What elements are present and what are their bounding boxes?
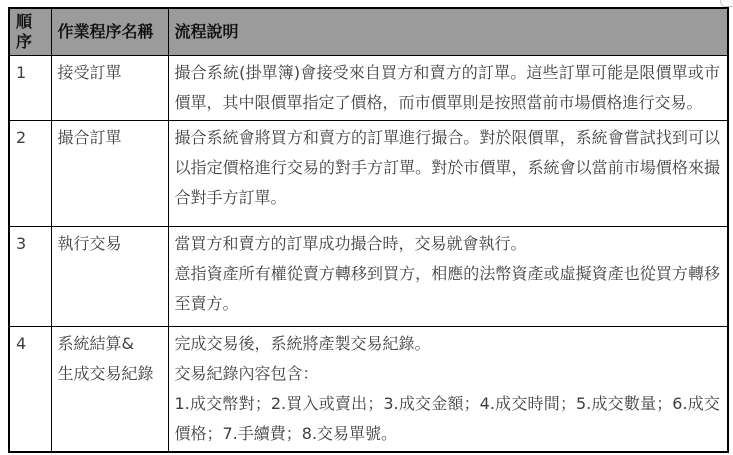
description-cell: 撮合系統(掛單簿)會接受來自買方和賣方的訂單。這些訂單可能是限價單或市價單，其中… — [168, 56, 728, 121]
description-paragraph: 撮合系統(掛單簿)會接受來自買方和賣方的訂單。這些訂單可能是限價單或市價單，其中… — [175, 58, 721, 118]
description-paragraph: 當買方和賣方的訂單成功撮合時，交易就會執行。 — [175, 229, 721, 259]
table-row-2: 2 撮合訂單 撮合系統會將買方和賣方的訂單進行撮合。對於限價單，系統會嘗試找到可… — [9, 121, 728, 227]
column-header-description: 流程說明 — [168, 8, 728, 56]
document-page: 順序 作業程序名稱 流程說明 1 接受訂單 撮合系統(掛單簿)會接受來自買方和賣… — [0, 0, 733, 455]
process-name-text: 生成交易紀錄 — [58, 359, 161, 389]
description-paragraph: 撮合系統會將買方和賣方的訂單進行撮合。對於限價單，系統會嘗試找到可以以指定價格進… — [175, 123, 721, 213]
process-table: 順序 作業程序名稱 流程說明 1 接受訂單 撮合系統(掛單簿)會接受來自買方和賣… — [8, 7, 729, 453]
description-paragraph: 完成交易後，系統將產製交易紀錄。 — [175, 329, 721, 359]
description-paragraph: 1.成交幣對；2.買入或賣出；3.成交金額；4.成交時間；5.成交數量；6.成交… — [175, 389, 721, 449]
description-paragraph: 交易紀錄內容包含： — [175, 359, 721, 389]
process-name-cell: 執行交易 — [51, 227, 168, 327]
process-name-text: 執行交易 — [58, 229, 161, 259]
process-name-cell: 接受訂單 — [51, 56, 168, 121]
description-cell: 當買方和賣方的訂單成功撮合時，交易就會執行。 意指資產所有權從賣方轉移到買方，相… — [168, 227, 728, 327]
seq-cell: 2 — [9, 121, 51, 227]
header-row: 順序 作業程序名稱 流程說明 — [9, 8, 728, 56]
process-name-text: 接受訂單 — [58, 58, 161, 88]
description-paragraph: 意指資產所有權從賣方轉移到買方，相應的法幣資產或虛擬資產也從買方轉移至賣方。 — [175, 259, 721, 319]
seq-cell: 4 — [9, 327, 51, 453]
table-row-1: 1 接受訂單 撮合系統(掛單簿)會接受來自買方和賣方的訂單。這些訂單可能是限價單… — [9, 56, 728, 121]
description-cell: 完成交易後，系統將產製交易紀錄。 交易紀錄內容包含： 1.成交幣對；2.買入或賣… — [168, 327, 728, 453]
seq-cell: 1 — [9, 56, 51, 121]
seq-cell: 3 — [9, 227, 51, 327]
description-cell: 撮合系統會將買方和賣方的訂單進行撮合。對於限價單，系統會嘗試找到可以以指定價格進… — [168, 121, 728, 227]
table-row-4: 4 系統結算& 生成交易紀錄 完成交易後，系統將產製交易紀錄。 交易紀錄內容包含… — [9, 327, 728, 453]
process-name-text: 撮合訂單 — [58, 123, 161, 153]
process-name-cell: 撮合訂單 — [51, 121, 168, 227]
column-header-seq: 順序 — [9, 8, 51, 56]
table-row-3: 3 執行交易 當買方和賣方的訂單成功撮合時，交易就會執行。 意指資產所有權從賣方… — [9, 227, 728, 327]
process-name-cell: 系統結算& 生成交易紀錄 — [51, 327, 168, 453]
column-header-process-name: 作業程序名稱 — [51, 8, 168, 56]
cropped-ui-fragment — [720, 0, 733, 7]
process-name-text: 系統結算& — [58, 329, 161, 359]
